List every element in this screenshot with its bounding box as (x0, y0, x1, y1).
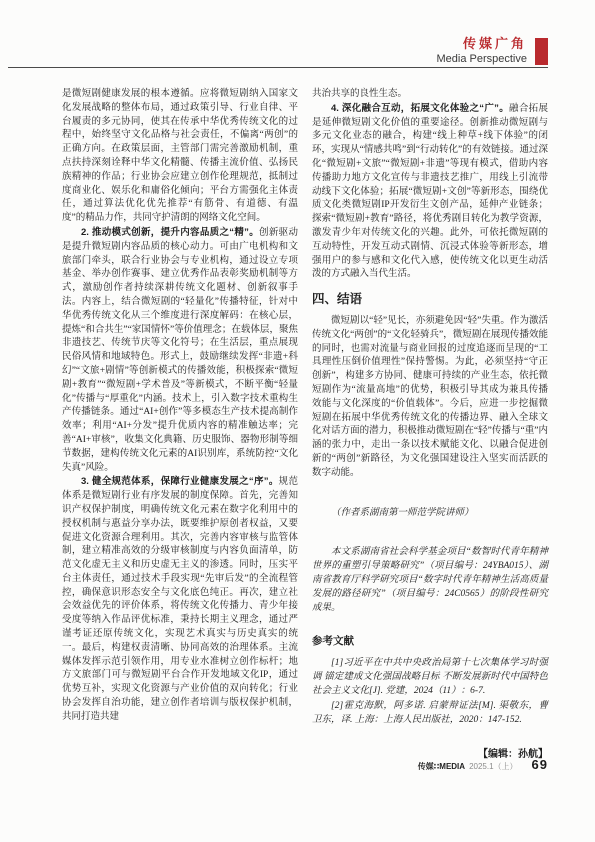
conclusion-paragraph: 微短剧以“轻”见长，亦须避免因“轻”失重。作为激活传统文化“两创”的“文化轻骑兵… (312, 315, 548, 481)
article-body: 是微短剧健康发展的根本遵循。应将微短剧纳入国家文化发展战略的整体布局，通过政策引… (62, 88, 548, 762)
page-footer: 传媒∷MEDIA2025.1（上） 69 (418, 757, 548, 772)
paragraph-point-3: 3. 健全规范体系，保障行业健康发展之“序”。规范体系是微短剧行业有序发展的制度… (62, 475, 298, 724)
reference-item-2: [2]霍克海默，阿多诺. 启蒙辩证法[M]. 渠敬东，曹卫东，译. 上海：上海人… (312, 700, 548, 728)
paragraph-point-4: 4. 深化融合互动，拓展文化体验之“广”。融合拓展是延伸微短剧文化价值的重要途径… (312, 102, 548, 282)
journal-name: 传媒∷MEDIA (418, 762, 465, 771)
section-titles: 传媒广角 Media Perspective (437, 33, 528, 65)
section-title-en: Media Perspective (437, 53, 528, 65)
paragraph-point-2: 2. 推动模式创新，提升内容品质之“精”。创新驱动是提升微短剧内容品质的核心动力… (62, 226, 298, 475)
conclusion-heading: 四、结语 (312, 293, 548, 307)
point-3-lead: 3. 健全规范体系，保障行业健康发展之“序”。 (81, 476, 279, 487)
right-column: 共治共享的良性生态。 4. 深化融合互动，拓展文化体验之“广”。融合拓展是延伸微… (312, 88, 548, 762)
left-column: 是微短剧健康发展的根本遵循。应将微短剧纳入国家文化发展战略的整体布局，通过政策引… (62, 88, 298, 762)
point-2-body: 创新驱动是提升微短剧内容品质的核心动力。可由广电机构和文旅部门牵头，联合行业协会… (62, 228, 298, 473)
paragraph-continuation: 是微短剧健康发展的根本遵循。应将微短剧纳入国家文化发展战略的整体布局，通过政策引… (62, 88, 298, 226)
header-divider-rule (8, 67, 548, 68)
point-2-lead: 2. 推动模式创新，提升内容品质之“精”。 (81, 227, 259, 238)
references-heading: 参考文献 (312, 635, 548, 649)
point-4-body: 融合拓展是延伸微短剧文化价值的重要途径。创新推动微短剧与多元文化业态的融合，构建… (312, 104, 548, 280)
section-title-cn: 传媒广角 (437, 33, 528, 52)
page-number: 69 (532, 757, 548, 772)
author-note: （作者系湖南第一师范学院讲师） (312, 507, 548, 521)
journal-issue-line: 传媒∷MEDIA2025.1（上） (418, 761, 518, 772)
point-4-lead: 4. 深化融合互动，拓展文化体验之“广”。 (331, 103, 509, 114)
point-3-body: 规范体系是微短剧行业有序发展的制度保障。首先，完善知识产权保护制度，明确传统文化… (62, 477, 298, 722)
page-header: 传媒广角 Media Perspective (437, 33, 549, 65)
journal-page: 传媒广角 Media Perspective 是微短剧健康发展的根本遵循。应将微… (0, 0, 595, 842)
funding-note: 本文系湖南省社会科学基金项目“数智时代青年精神世界的重塑引导策略研究”（项目编号… (312, 546, 548, 615)
reference-item-1: [1]习近平在中共中央政治局第十七次集体学习时强调 锚定建成文化强国战略目标 不… (312, 657, 548, 698)
issue-label: 2025.1（上） (469, 762, 517, 771)
section-marker-block (535, 38, 548, 65)
paragraph-continuation: 共治共享的良性生态。 (312, 88, 548, 102)
